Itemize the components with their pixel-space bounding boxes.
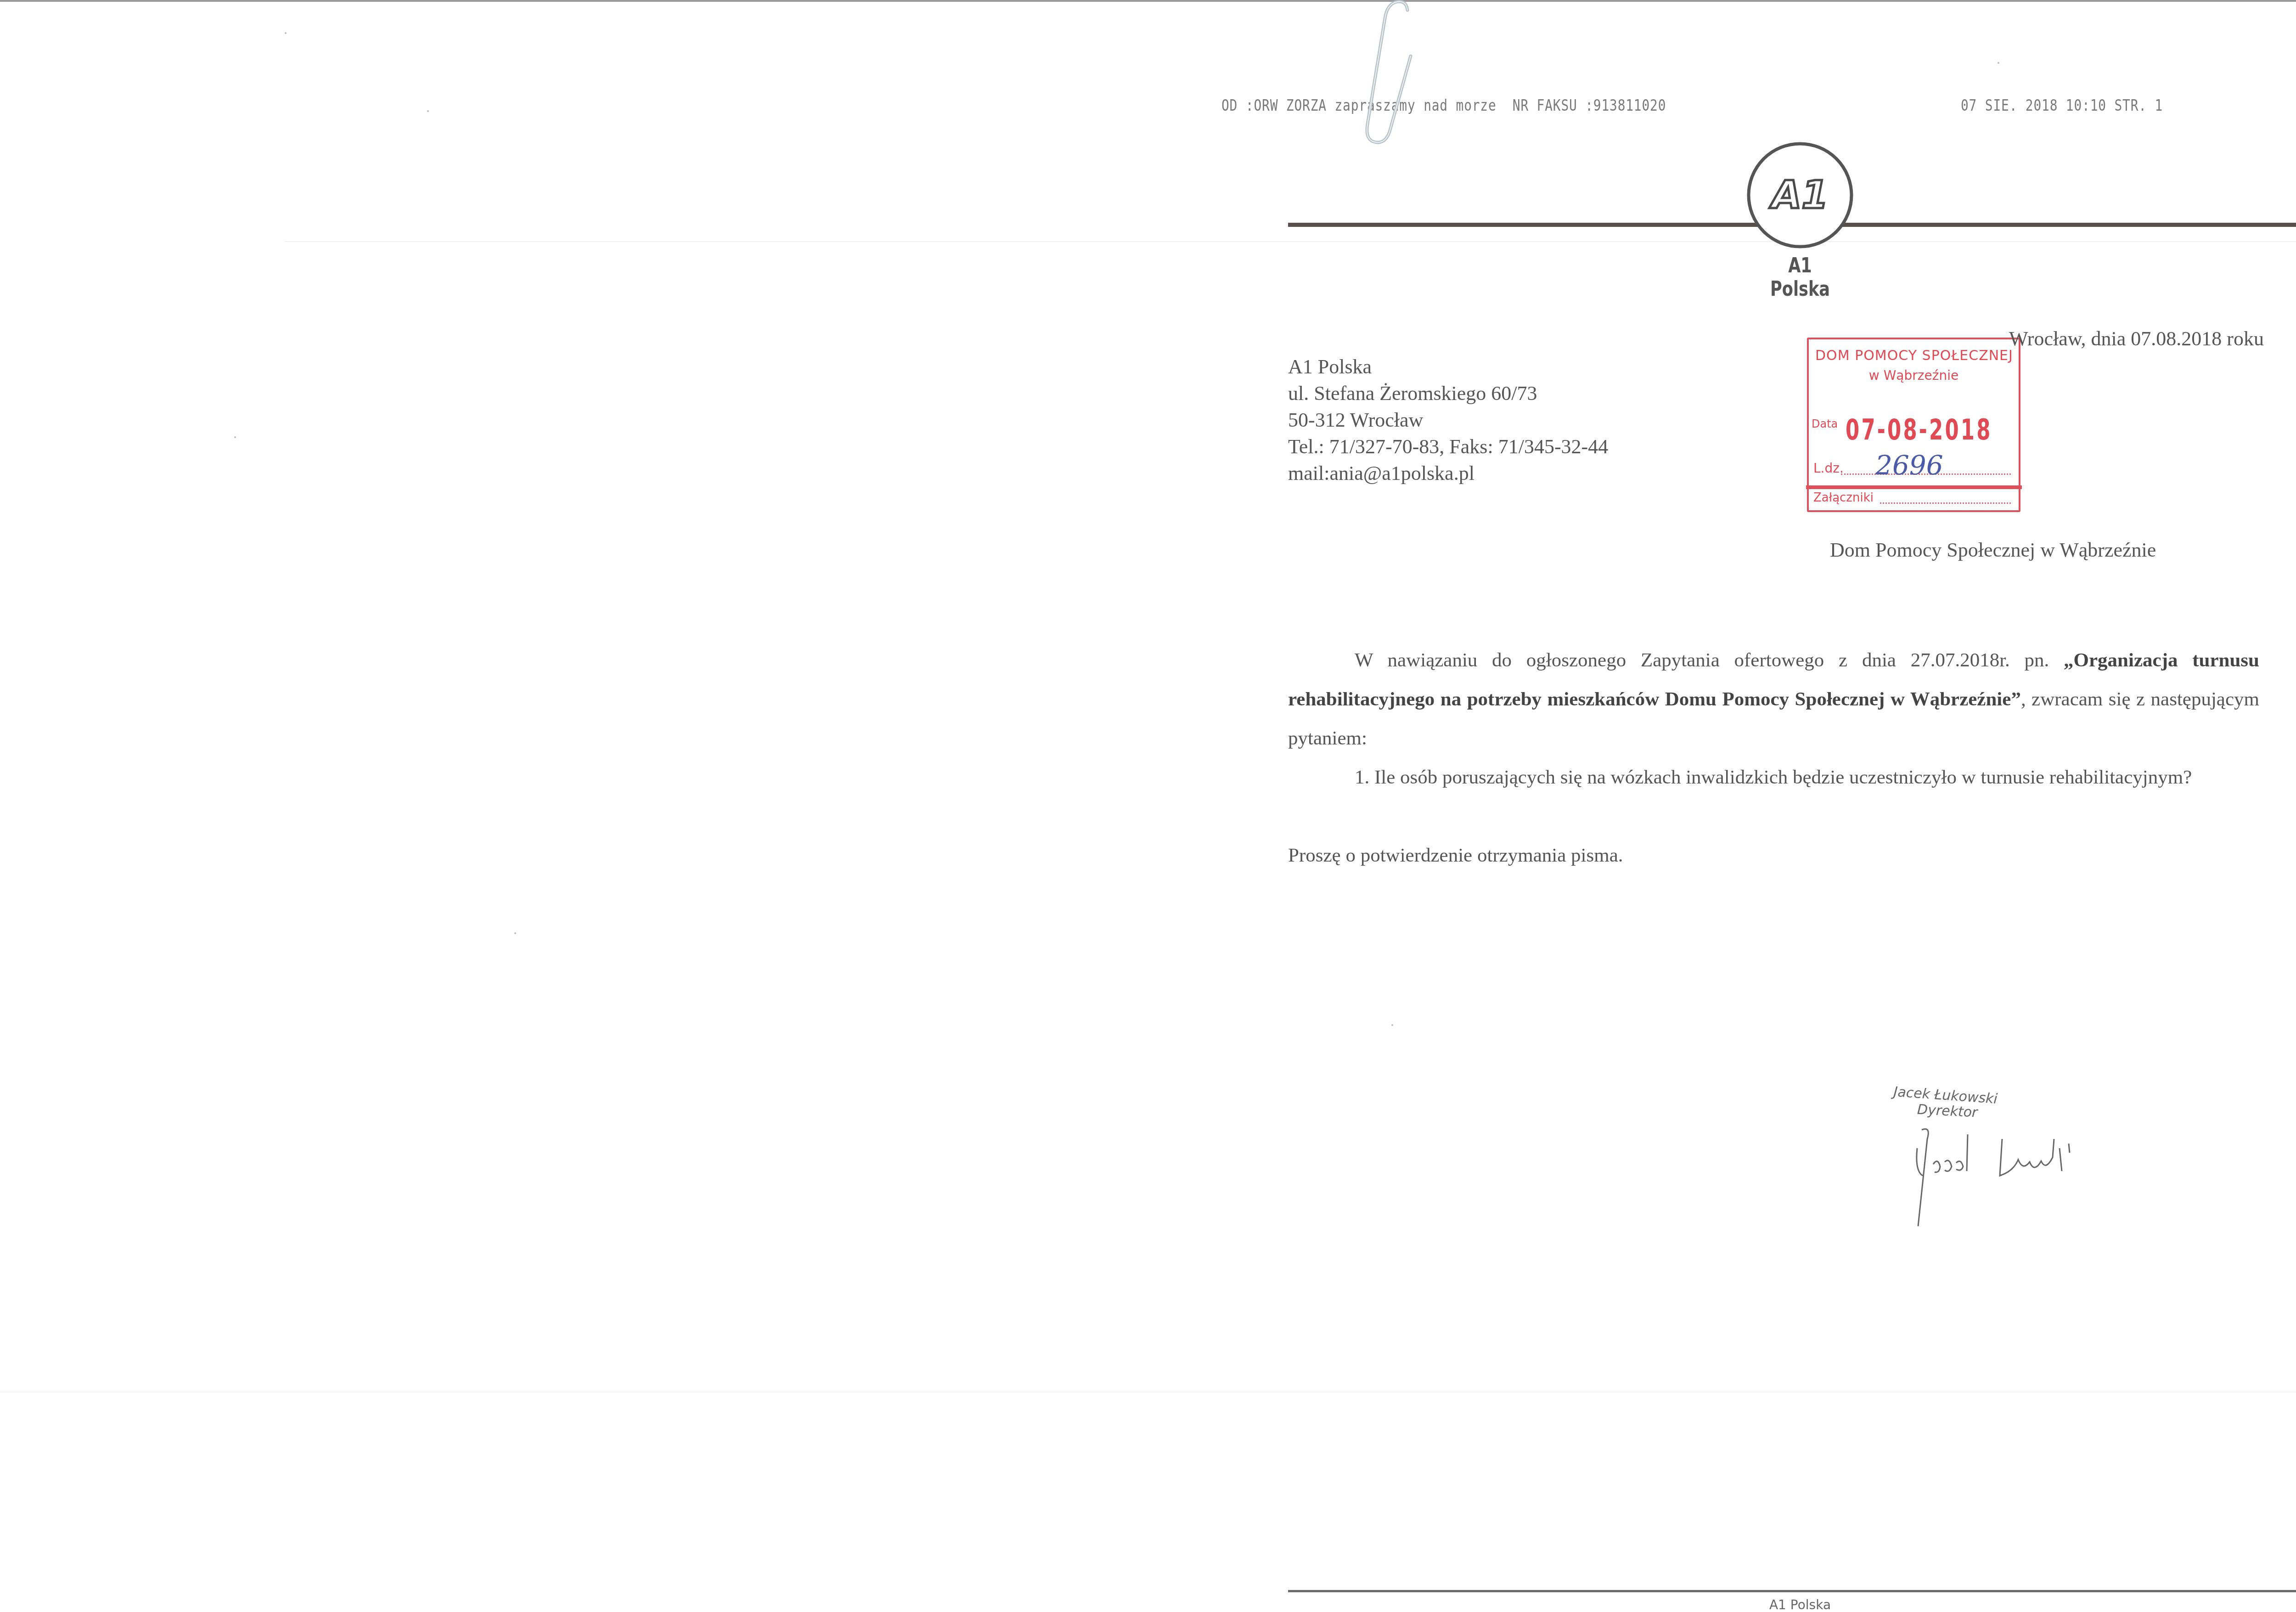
svg-text:A1: A1 — [1769, 172, 1828, 217]
intro-paragraph: W nawiązaniu do ogłoszonego Zapytania of… — [1288, 641, 2259, 758]
fold-line — [0, 1392, 2296, 1392]
stamp-ldz-number: 2696 — [1875, 450, 1943, 481]
signatory-title: Dyrektor — [1917, 1102, 1978, 1121]
a1-logo-icon: A1 — [1745, 140, 1855, 250]
scan-speck — [1998, 62, 1999, 64]
stamp-divider — [1806, 485, 2022, 489]
stamp-ldz-label: L.dz. — [1813, 461, 1844, 476]
scan-speck — [1391, 1024, 1393, 1026]
fax-header-date: 07 SIE. 2018 10:10 STR. 1 — [1961, 96, 2163, 115]
intro-text: W nawiązaniu do ogłoszonego Zapytania of… — [1355, 649, 2064, 671]
footer-caption: A1 Polska — [1745, 1597, 1855, 1612]
sender-email: mail:ania@a1polska.pl — [1288, 460, 1608, 487]
sender-company: A1 Polska — [1288, 354, 1608, 380]
sender-phone: Tel.: 71/327-70-83, Faks: 71/345-32-44 — [1288, 434, 1608, 460]
scan-speck — [427, 110, 429, 112]
signature-block: Jacek Łukowski Dyrektor — [1894, 1084, 2133, 1231]
sender-city: 50-312 Wrocław — [1288, 407, 1608, 434]
letter-body: W nawiązaniu do ogłoszonego Zapytania of… — [1288, 641, 2259, 875]
paperclip-icon — [1355, 0, 1437, 147]
sender-address: A1 Polska ul. Stefana Żeromskiego 60/73 … — [1288, 354, 1608, 487]
page-top-edge — [0, 0, 2296, 2]
scan-speck — [514, 932, 516, 934]
stamp-title: DOM POMOCY SPOŁECZNEJ — [1815, 348, 2013, 364]
recipient: Dom Pomocy Społecznej w Wąbrzeźnie — [1830, 538, 2156, 562]
received-stamp: DOM POMOCY SPOŁECZNEJ w Wąbrzeźnie Data … — [1807, 338, 2020, 512]
stamp-attachments-label: Załączniki — [1813, 491, 1874, 505]
stamp-attachments-line — [1880, 502, 2011, 504]
stamp-subtitle: w Wąbrzeźnie — [1809, 368, 2019, 383]
stamp-date-label: Data — [1812, 417, 1838, 430]
closing-line: Proszę o potwierdzenie otrzymania pisma. — [1288, 836, 2259, 875]
scan-speck — [234, 436, 236, 438]
footer-rule — [1288, 1590, 2296, 1592]
stamp-date: 07-08-2018 — [1846, 413, 1992, 446]
place-and-date: Wrocław, dnia 07.08.2018 roku — [2009, 327, 2264, 350]
sender-street: ul. Stefana Żeromskiego 60/73 — [1288, 380, 1608, 407]
logo-caption: A1 Polska — [1756, 254, 1844, 301]
question-1: 1. Ile osób poruszających się na wózkach… — [1288, 758, 2259, 797]
scan-speck — [285, 32, 287, 34]
fold-line — [285, 241, 2296, 242]
fax-header-sender: OD :ORW ZORZA zapraszamy nad morze NR FA… — [1221, 96, 1666, 115]
handwritten-signature-icon — [1894, 1121, 2133, 1231]
